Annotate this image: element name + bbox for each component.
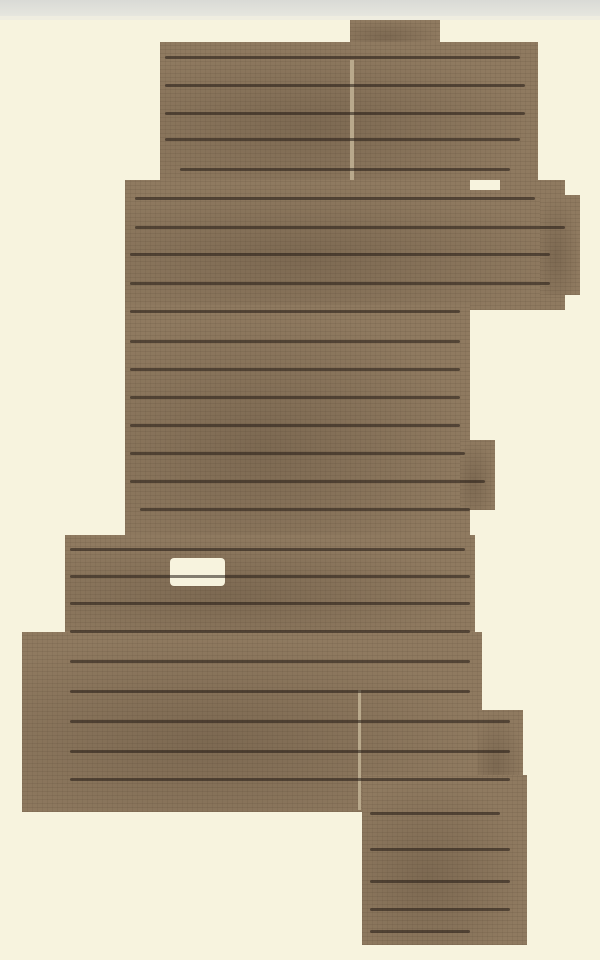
papyrus-middle-right-tab — [540, 195, 580, 295]
papyrus-crack — [350, 60, 354, 180]
papyrus-hole — [170, 558, 225, 586]
top-band-edge — [0, 16, 600, 20]
papyrus-hole — [470, 180, 500, 190]
papyrus-lower-column-tab — [460, 440, 495, 510]
papyrus-bottom-column — [362, 775, 527, 945]
top-band — [0, 0, 600, 16]
